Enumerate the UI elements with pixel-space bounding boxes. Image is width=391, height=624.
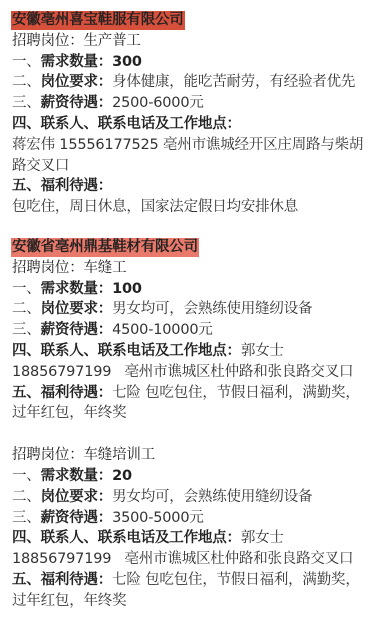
item-number: 一、 (12, 54, 41, 70)
position-label: 招聘岗位： (12, 447, 84, 463)
contact-details: 18856797199 亳州市谯城区杜仲路和张良路交叉口 (12, 549, 382, 570)
salary-label: 薪资待遇： (41, 322, 113, 338)
salary-line: 三、薪资待遇：2500-6000元 (12, 93, 382, 114)
demand-label: 需求数量： (41, 468, 113, 484)
job-block-2: 安徽省亳州鼎基鞋材有限公司 招聘岗位：车缝工 一、需求数量：100 二、岗位要求… (12, 237, 382, 424)
welfare-value: 包吃住，周日休息，国家法定假日均安排休息 (12, 197, 382, 218)
demand-label: 需求数量： (41, 281, 113, 297)
requirement-value: 男女均可，会熟练使用缝纫设备 (112, 489, 312, 505)
demand-value: 20 (112, 468, 132, 484)
item-number: 二、 (12, 74, 41, 90)
item-number: 一、 (12, 468, 41, 484)
position-value: 车缝培训工 (84, 447, 156, 463)
requirement-line: 二、岗位要求：身体健康，能吃苦耐劳，有经验者优先 (12, 72, 382, 93)
position-label: 招聘岗位： (12, 260, 84, 276)
salary-line: 三、薪资待遇：3500-5000元 (12, 508, 382, 529)
position-line: 招聘岗位：车缝工 (12, 258, 382, 279)
demand-label: 需求数量： (41, 54, 113, 70)
requirement-label: 岗位要求： (41, 489, 113, 505)
welfare-label: 五、福利待遇： (12, 176, 382, 197)
requirement-value: 身体健康，能吃苦耐劳，有经验者优先 (112, 74, 355, 90)
welfare-label: 五、福利待遇： (12, 572, 112, 588)
item-number: 一、 (12, 281, 41, 297)
contact-line: 四、联系人、联系电话及工作地点：郭女士 (12, 528, 382, 549)
job-block-1: 安徽亳州喜宝鞋服有限公司 招聘岗位：生产普工 一、需求数量：300 二、岗位要求… (12, 10, 382, 218)
contact-details: 18856797199 亳州市谯城区杜仲路和张良路交叉口 (12, 362, 382, 383)
demand-line: 一、需求数量：300 (12, 52, 382, 73)
welfare-value-cont: 过年红包，年终奖 (12, 591, 382, 612)
salary-value: 4500-10000元 (112, 322, 213, 338)
contact-details-cont: 路交叉口 (12, 156, 382, 177)
demand-line: 一、需求数量：100 (12, 279, 382, 300)
salary-line: 三、薪资待遇：4500-10000元 (12, 320, 382, 341)
position-line: 招聘岗位：车缝培训工 (12, 445, 382, 466)
requirement-value: 男女均可，会熟练使用缝纫设备 (112, 301, 312, 317)
welfare-value: 七险 包吃包住，节假日福利，满勤奖， (112, 572, 360, 588)
welfare-line: 五、福利待遇：七险 包吃包住，节假日福利，满勤奖， (12, 570, 382, 591)
welfare-value-cont: 过年红包，年终奖 (12, 403, 382, 424)
welfare-label: 五、福利待遇： (12, 385, 112, 401)
item-number: 二、 (12, 489, 41, 505)
position-value: 生产普工 (84, 33, 141, 49)
contact-person: 郭女士 (241, 530, 284, 546)
welfare-value: 七险 包吃包住，节假日福利，满勤奖， (112, 385, 360, 401)
item-number: 三、 (12, 510, 41, 526)
item-number: 三、 (12, 95, 41, 111)
company-name-heading: 安徽亳州喜宝鞋服有限公司 (11, 11, 185, 30)
contact-person: 郭女士 (241, 343, 284, 359)
salary-value: 3500-5000元 (112, 510, 204, 526)
position-value: 车缝工 (84, 260, 127, 276)
salary-label: 薪资待遇： (41, 510, 113, 526)
demand-line: 一、需求数量：20 (12, 466, 382, 487)
position-label: 招聘岗位： (12, 33, 84, 49)
company-name-heading: 安徽省亳州鼎基鞋材有限公司 (11, 238, 199, 257)
item-number: 三、 (12, 322, 41, 338)
job-block-3: 招聘岗位：车缝培训工 一、需求数量：20 二、岗位要求：男女均可，会熟练使用缝纫… (12, 445, 382, 611)
requirement-line: 二、岗位要求：男女均可，会熟练使用缝纫设备 (12, 487, 382, 508)
job-posting-document: 安徽亳州喜宝鞋服有限公司 招聘岗位：生产普工 一、需求数量：300 二、岗位要求… (0, 0, 382, 612)
salary-value: 2500-6000元 (112, 95, 204, 111)
contact-details: 蒋宏伟 15556177525 亳州市谯城经开区庄周路与柴胡 (12, 135, 382, 156)
contact-line: 四、联系人、联系电话及工作地点：郭女士 (12, 341, 382, 362)
demand-value: 100 (112, 281, 142, 297)
contact-label: 四、联系人、联系电话及工作地点： (12, 114, 382, 135)
requirement-line: 二、岗位要求：男女均可，会熟练使用缝纫设备 (12, 299, 382, 320)
requirement-label: 岗位要求： (41, 301, 113, 317)
demand-value: 300 (112, 54, 142, 70)
welfare-line: 五、福利待遇：七险 包吃包住，节假日福利，满勤奖， (12, 383, 382, 404)
contact-label: 四、联系人、联系电话及工作地点： (12, 530, 241, 546)
requirement-label: 岗位要求： (41, 74, 113, 90)
salary-label: 薪资待遇： (41, 95, 113, 111)
item-number: 二、 (12, 301, 41, 317)
contact-label: 四、联系人、联系电话及工作地点： (12, 343, 241, 359)
position-line: 招聘岗位：生产普工 (12, 31, 382, 52)
